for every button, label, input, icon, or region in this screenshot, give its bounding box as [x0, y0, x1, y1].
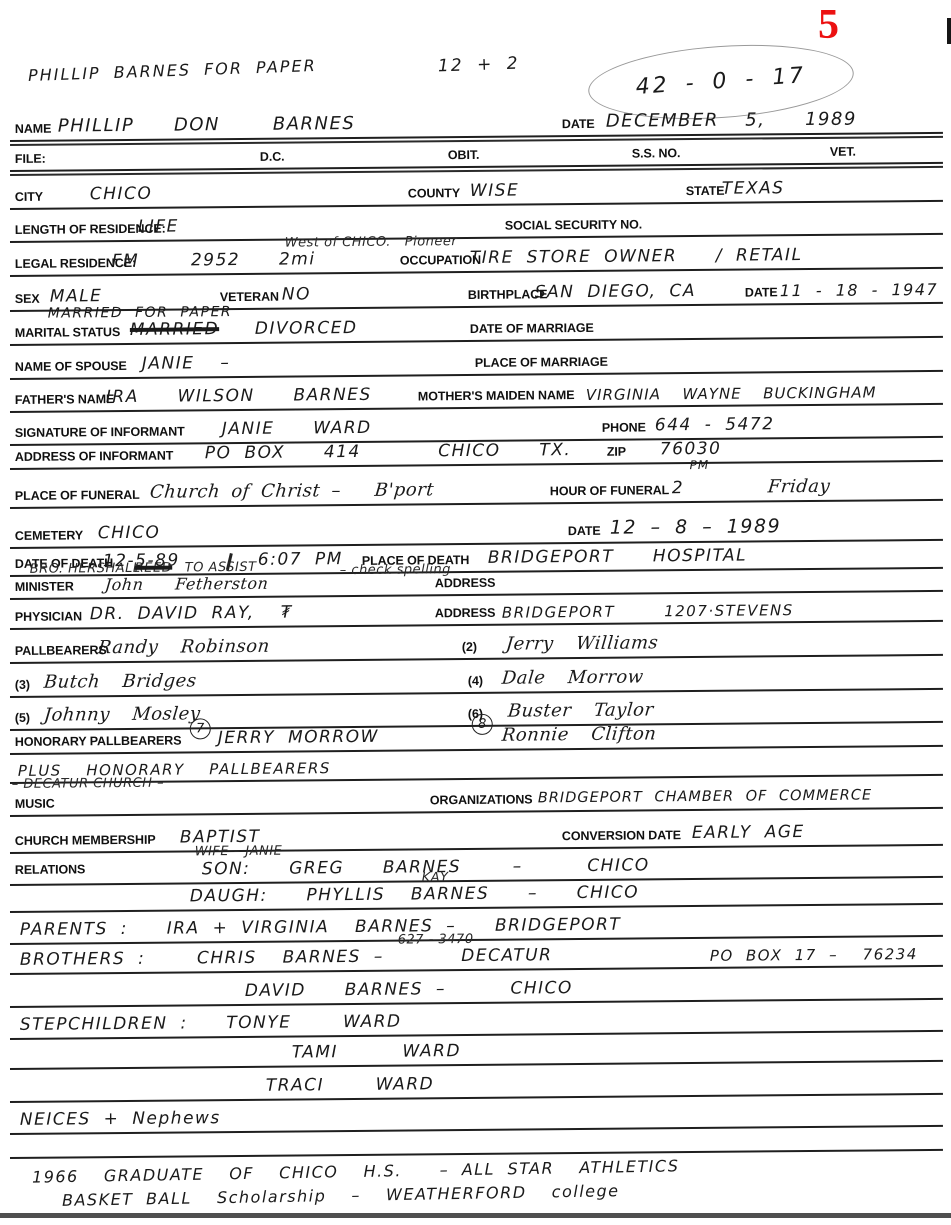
legal-residence-value: FM 2952 2mi — [112, 251, 316, 271]
honorary-pallbearers-label: HONORARY PALLBEARERS — [15, 735, 182, 750]
county-value: WISE — [470, 182, 520, 201]
physician-address-label: ADDRESS — [435, 607, 496, 621]
pallbearer-8: Ronnie Clifton — [501, 725, 657, 746]
cemetery-label: CEMETERY — [15, 530, 83, 544]
father-value: IRA WILSON BARNES — [106, 386, 372, 407]
file-label: FILE: — [15, 153, 46, 167]
row-blank — [10, 1139, 943, 1159]
physician-value: DR. DAVID RAY, ₮ — [90, 604, 293, 624]
nieces-value: NEICES + Nephews — [20, 1109, 221, 1129]
case-number: 42 - 0 - 17 — [635, 64, 807, 100]
spouse-value: JANIE – — [142, 354, 231, 373]
marital-label: MARITAL STATUS — [15, 326, 120, 341]
pallbearer-3-number: (3) — [15, 679, 30, 693]
state-label: STATE — [686, 185, 725, 199]
marriage-place-label: PLACE OF MARRIAGE — [475, 356, 608, 371]
county-label: COUNTY — [408, 187, 460, 201]
stepchild3-value: TRACI WARD — [266, 1076, 434, 1096]
cemetery-value: CHICO — [98, 524, 161, 543]
organizations-label: ORGANIZATIONS — [430, 794, 533, 809]
physician-label: PHYSICIAN — [15, 611, 82, 625]
row-file: FILE: D.C. OBIT. S.S. NO. VET. — [10, 136, 943, 172]
burial-date-label: DATE — [568, 525, 601, 539]
row-relations-brothers: 627 - 3470 BROTHERS : CHRIS BARNES – DEC… — [10, 925, 943, 975]
row-name: NAME PHILLIP DON BARNES DATE DECEMBER 5,… — [10, 96, 943, 142]
footer-line-2: BASKET BALL Scholarship – WEATHERFORD co… — [62, 1182, 620, 1209]
daughter-value: DAUGH: PHYLLIS BARNES – CHICO — [190, 884, 639, 907]
file-col-dc: D.C. — [260, 151, 285, 165]
file-col-obit: OBIT. — [448, 149, 480, 163]
minister-value: John Fetherston — [104, 575, 269, 594]
funeral-hour-ampm: PM — [690, 459, 710, 498]
date-value: DECEMBER 5, 1989 — [606, 110, 857, 132]
file-col-ssno: S.S. NO. — [632, 147, 681, 161]
row-nieces: NEICES + Nephews — [10, 1095, 943, 1135]
pallbearer-7: JERRY MORROW — [218, 728, 379, 748]
funeral-hour-label: HOUR OF FUNERAL — [550, 484, 669, 499]
page-number: 5 — [818, 4, 839, 46]
header-note: PHILLIP BARNES FOR PAPER — [28, 57, 317, 85]
stepchildren-value: STEPCHILDREN : TONYE WARD — [20, 1013, 402, 1035]
occupation-value: TIRE STORE OWNER / RETAIL — [470, 246, 803, 268]
zip-value: 76030 — [660, 440, 722, 459]
mother-value: VIRGINIA WAYNE BUCKINGHAM — [586, 384, 877, 403]
name-value: PHILLIP DON BARNES — [58, 114, 356, 136]
funeral-day-value: Friday — [767, 477, 831, 497]
music-label: MUSIC — [15, 798, 55, 812]
stepchild2-value: TAMI WARD — [292, 1042, 461, 1062]
pallbearer-3: Butch Bridges — [43, 672, 198, 693]
funeral-place-value: Church of Christ – B'port — [149, 480, 435, 502]
name-label: NAME — [15, 123, 52, 137]
minister-label: MINISTER — [15, 581, 74, 595]
brother2-value: DAVID BARNES – CHICO — [245, 979, 573, 1001]
row-informant-address: ADDRESS OF INFORMANT PO BOX 414 CHICO TX… — [10, 430, 943, 470]
informant-address-label: ADDRESS OF INFORMANT — [15, 450, 174, 465]
zip-label: ZIP — [607, 446, 626, 460]
city-label: CITY — [15, 191, 43, 205]
row-funeral: PLACE OF FUNERAL Church of Christ – B'po… — [10, 465, 943, 509]
funeral-hour-value: 2 — [672, 479, 684, 498]
kay-note: KAY — [422, 871, 449, 886]
burial-date-value: 12 – 8 – 1989 — [610, 516, 781, 538]
marital-struck-value: MARRIED — [130, 320, 219, 339]
brothers-value: BROTHERS : CHRIS BARNES – DECATUR — [20, 947, 553, 970]
pallbearer-4: Dale Morrow — [501, 668, 645, 689]
wife-note: WIFE – JANIE — [195, 844, 283, 859]
informant-address-value: PO BOX 414 CHICO TX. — [205, 441, 572, 463]
marital-value: DIVORCED — [255, 319, 358, 339]
row-marital: MARRIED FOR PAPER MARITAL STATUS MARRIED… — [10, 294, 943, 346]
physician-address-value: BRIDGEPORT 1207·STEVENS — [502, 602, 794, 621]
legal-residence-note: West of CHICO. Pioneer — [285, 235, 458, 251]
pallbearer-2: Jerry Williams — [505, 634, 659, 655]
pallbearer-2-number: (2) — [462, 641, 477, 655]
mother-label: MOTHER'S MAIDEN NAME — [418, 389, 575, 404]
pallbearers-label: PALLBEARERS — [15, 644, 107, 659]
file-col-vet: VET. — [830, 146, 856, 160]
state-value: TEXAS — [722, 180, 785, 199]
marriage-date-label: DATE OF MARRIAGE — [470, 322, 594, 337]
pallbearer-7-number: 7 — [190, 718, 211, 739]
row-legal-residence: West of CHICO. Pioneer LEGAL RESIDENCE: … — [10, 225, 943, 277]
brothers-address-value: PO BOX 17 – 76234 — [710, 946, 918, 964]
pallbearer-1: Randy Robinson — [97, 637, 271, 658]
date-label: DATE — [562, 118, 595, 132]
organizations-value: BRIDGEPORT CHAMBER OF COMMERCE — [538, 789, 872, 808]
row-music-organizations: – DECATUR CHURCH – MUSIC ORGANIZATIONS B… — [10, 765, 943, 817]
father-label: FATHER'S NAME — [15, 393, 114, 408]
scan-edge-band — [0, 1213, 951, 1218]
pallbearer-4-number: (4) — [468, 675, 483, 689]
decatur-church-note: – DECATUR CHURCH – — [12, 776, 165, 792]
scan-edge-sliver — [947, 18, 951, 44]
header-count-note: 12 + 2 — [438, 55, 520, 77]
minister-address-label: ADDRESS — [435, 577, 496, 591]
city-value: CHICO — [90, 185, 153, 204]
pallbearer-8-number: 8 — [472, 714, 493, 735]
scanned-funeral-record-page: PHILLIP BARNES FOR PAPER 12 + 2 42 - 0 -… — [0, 0, 951, 1225]
spouse-label: NAME OF SPOUSE — [15, 360, 127, 375]
funeral-place-label: PLACE OF FUNERAL — [15, 489, 140, 504]
